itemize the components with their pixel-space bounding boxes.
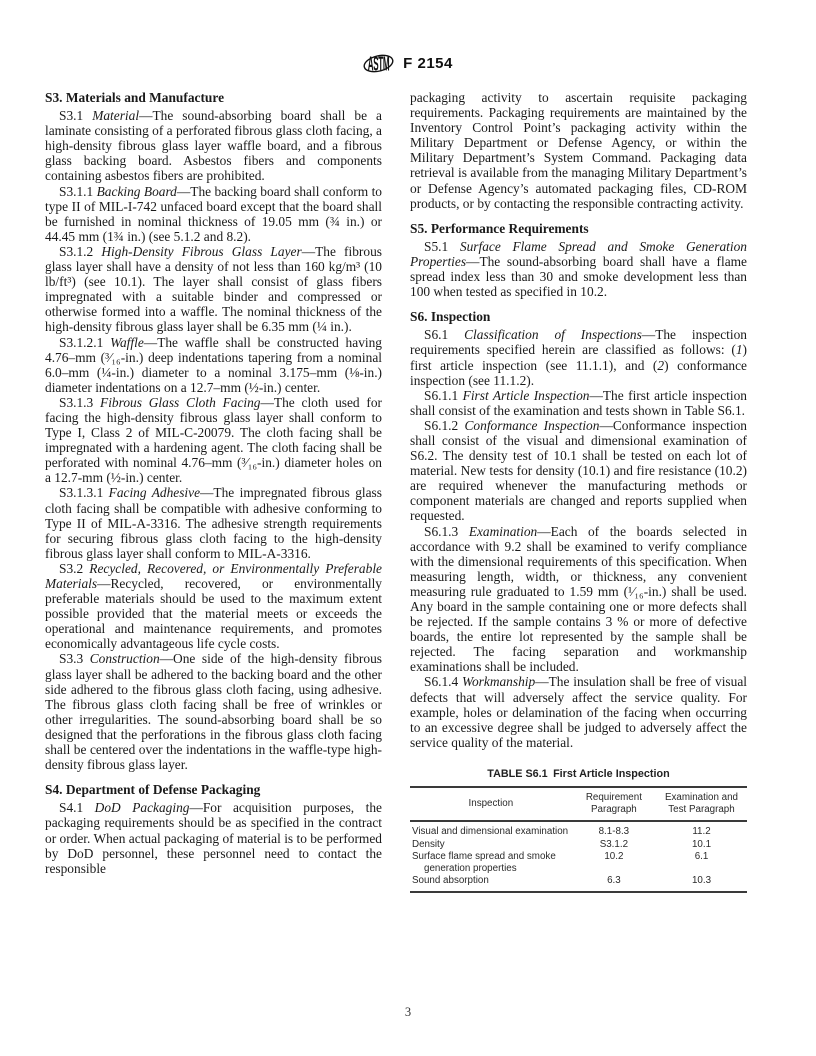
paragraph: S4.1 DoD Packaging—For acquisition purpo…: [45, 800, 382, 875]
table-column-header: Examination andTest Paragraph: [656, 787, 747, 821]
table-cell: Density: [410, 838, 572, 851]
table-row: Surface flame spread and smoke generatio…: [410, 851, 747, 875]
document-number: F 2154: [403, 55, 453, 72]
section-heading: S6. Inspection: [410, 309, 747, 324]
table-cell: 6.1: [656, 851, 747, 875]
first-article-inspection-table: InspectionRequirementParagraphExaminatio…: [410, 786, 747, 893]
paragraph: S6.1 Classification of Inspections—The i…: [410, 327, 747, 387]
paragraph: S6.1.4 Workmanship—The insulation shall …: [410, 674, 747, 749]
table-row: Visual and dimensional examination8.1-8.…: [410, 821, 747, 838]
left-column: S3. Materials and ManufactureS3.1 Materi…: [45, 90, 382, 893]
table-header-row: InspectionRequirementParagraphExaminatio…: [410, 787, 747, 821]
paragraph: S5.1 Surface Flame Spread and Smoke Gene…: [410, 239, 747, 299]
table-s6-1-section: TABLE S6.1 First Article Inspection Insp…: [410, 767, 747, 893]
table-cell: Visual and dimensional examination: [410, 821, 572, 838]
astm-logo-text: ASTM: [368, 53, 390, 75]
paragraph: S3.1.2 High-Density Fibrous Glass Layer—…: [45, 244, 382, 335]
paragraph: S3.1 Material—The sound-absorbing board …: [45, 108, 382, 183]
table-cell: 10.2: [572, 851, 656, 875]
two-column-body: S3. Materials and ManufactureS3.1 Materi…: [45, 90, 747, 893]
section-heading: S5. Performance Requirements: [410, 221, 747, 236]
table-column-header: Inspection: [410, 787, 572, 821]
paragraph: S3.1.3.1 Facing Adhesive—The impregnated…: [45, 485, 382, 560]
page-number: 3: [0, 1005, 816, 1020]
right-column: packaging activity to ascertain requisit…: [410, 90, 747, 893]
table-cell: 8.1-8.3: [572, 821, 656, 838]
right-column-text: packaging activity to ascertain requisit…: [410, 90, 747, 750]
table-cell: Sound absorption: [410, 875, 572, 892]
table-title: TABLE S6.1 First Article Inspection: [410, 767, 747, 782]
table-cell: 10.1: [656, 838, 747, 851]
paragraph: S3.1.1 Backing Board—The backing board s…: [45, 184, 382, 244]
paragraph: packaging activity to ascertain requisit…: [410, 90, 747, 211]
section-heading: S3. Materials and Manufacture: [45, 90, 382, 105]
document-page: ASTM F 2154 S3. Materials and Manufactur…: [0, 0, 816, 1056]
table-column-header: RequirementParagraph: [572, 787, 656, 821]
document-header: ASTM F 2154: [0, 50, 816, 77]
paragraph: S6.1.1 First Article Inspection—The firs…: [410, 388, 747, 418]
table-row: DensityS3.1.210.1: [410, 838, 747, 851]
paragraph: S3.1.2.1 Waffle—The waffle shall be cons…: [45, 335, 382, 395]
paragraph: S3.3 Construction—One side of the high-d…: [45, 651, 382, 772]
table-cell: Surface flame spread and smoke generatio…: [410, 851, 572, 875]
section-heading: S4. Department of Defense Packaging: [45, 782, 382, 797]
paragraph: S6.1.2 Conformance Inspection—Conformanc…: [410, 418, 747, 524]
table-cell: 10.3: [656, 875, 747, 892]
table-cell: S3.1.2: [572, 838, 656, 851]
table-cell: 6.3: [572, 875, 656, 892]
paragraph: S6.1.3 Examination—Each of the boards se…: [410, 524, 747, 675]
paragraph: S3.2 Recycled, Recovered, or Environment…: [45, 561, 382, 652]
paragraph: S3.1.3 Fibrous Glass Cloth Facing—The cl…: [45, 395, 382, 486]
astm-logo-icon: ASTM: [363, 50, 394, 77]
table-cell: 11.2: [656, 821, 747, 838]
table-row: Sound absorption6.310.3: [410, 875, 747, 892]
